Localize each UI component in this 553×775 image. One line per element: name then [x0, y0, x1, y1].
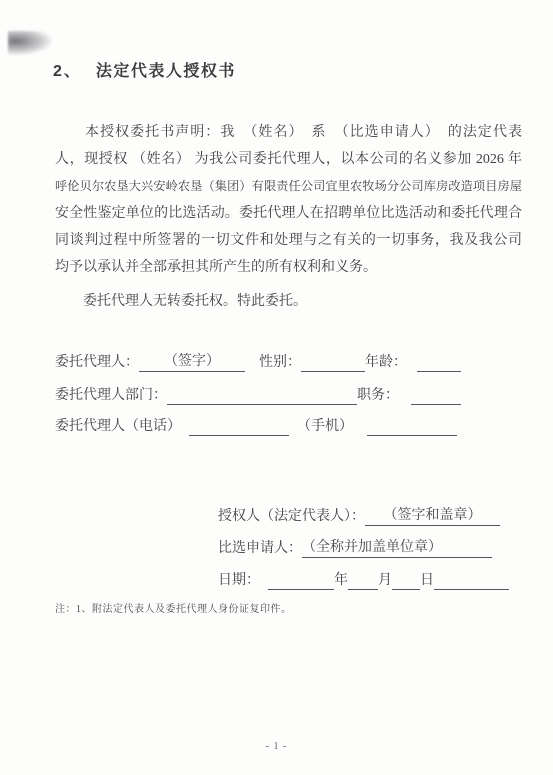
authorizer-label: 授权人（法定代表人）： [218, 507, 365, 526]
signature-row-authorizer: 授权人（法定代表人）： （签字和盖章） [218, 506, 500, 526]
form-row-agent-phone: 委托代理人（电话） （手机） [55, 416, 457, 436]
paragraph-line: 呼伦贝尔农垦大兴安岭农垦（集团）有限责任公司宜里农牧场分公司库房改造项目房屋 [55, 173, 522, 200]
paragraph-line: 同谈判过程中所签署的一切文件和处理与之有关的一切事务，我及我公司 [55, 227, 522, 254]
page-title: 2、 法定代表人授权书 [53, 58, 236, 81]
gender-blank [301, 352, 365, 372]
date-label: 日期： [218, 571, 260, 590]
phone-blank [189, 416, 289, 436]
date-month-blank [348, 570, 378, 590]
agent-label: 委托代理人： [55, 353, 139, 372]
department-blank [167, 385, 357, 405]
paragraph-line: 安全性鉴定单位的比选活动。委托代理人在招聘单位比选活动和委托代理合 [55, 200, 522, 227]
mobile-blank [367, 416, 457, 436]
form-row-agent-name: 委托代理人： （签字） 性别： 年龄： [55, 352, 461, 372]
title-text: 法定代表人授权书 [96, 58, 236, 81]
age-label: 年龄： [365, 353, 407, 372]
gender-label: 性别： [259, 353, 301, 372]
mobile-label: （手机） [297, 417, 353, 436]
signature-row-date: 日期： 年 月 日 [218, 570, 509, 590]
duty-label: 职务： [357, 386, 399, 405]
title-number: 2、 [53, 58, 82, 81]
footnote: 注：1、附法定代表人及委托代理人身份证复印件。 [55, 600, 292, 615]
date-year-blank [268, 570, 334, 590]
paragraph-line: 本授权委托书声明：我 （姓名） 系 （比选申请人） 的法定代表 [55, 119, 522, 146]
phone-label: 委托代理人（电话） [55, 417, 181, 436]
signature-row-applicant: 比选申请人： （全称并加盖单位章） [218, 538, 492, 558]
year-label: 年 [334, 571, 348, 590]
form-row-agent-department: 委托代理人部门： 职务： [55, 385, 461, 405]
authorizer-signature-blank: （签字和盖章） [365, 506, 500, 526]
date-day-blank [392, 570, 420, 590]
applicant-seal-blank: （全称并加盖单位章） [302, 538, 492, 558]
no-sub-delegation-paragraph: 委托代理人无转委托权。特此委托。 [55, 288, 522, 315]
age-blank [417, 352, 461, 372]
applicant-label: 比选申请人： [218, 539, 302, 558]
paragraph-line: 均予以承认并全部承担其所产生的所有权利和义务。 [55, 254, 522, 281]
scan-smudge-artifact [8, 31, 52, 55]
authorization-declaration-paragraph: 本授权委托书声明：我 （姓名） 系 （比选申请人） 的法定代表 人，现授权 （姓… [55, 119, 522, 281]
day-label: 日 [420, 571, 434, 590]
department-label: 委托代理人部门： [55, 386, 167, 405]
paragraph-line: 人，现授权 （姓名） 为我公司委托代理人，以本公司的名义参加 2026 年 [55, 146, 522, 173]
document-page: 2、 法定代表人授权书 本授权委托书声明：我 （姓名） 系 （比选申请人） 的法… [0, 0, 553, 775]
duty-blank [411, 385, 461, 405]
month-label: 月 [378, 571, 392, 590]
page-number: - 1 - [0, 741, 553, 752]
agent-signature-blank: （签字） [139, 352, 245, 372]
date-trailing-blank [434, 570, 509, 590]
